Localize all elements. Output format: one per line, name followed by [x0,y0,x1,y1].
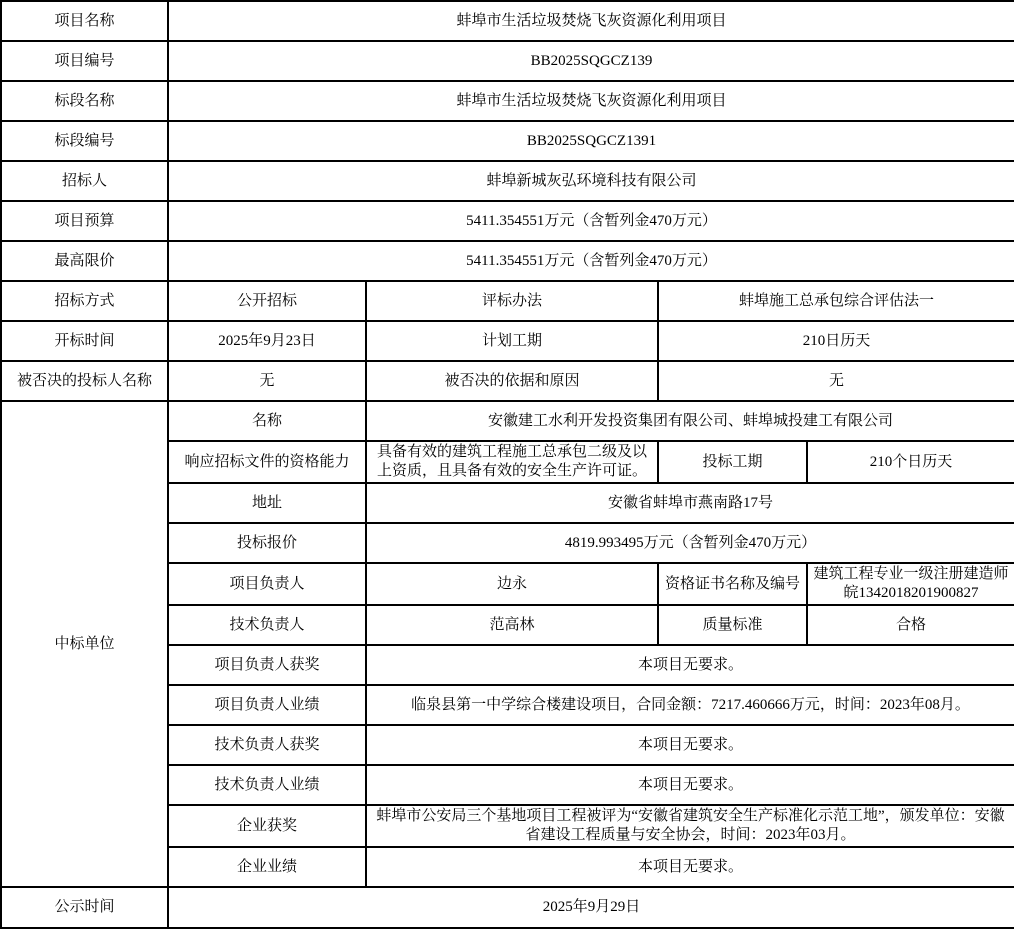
publicity-time-label: 公示时间 [1,887,168,928]
bid-duration-value: 210个日历天 [807,441,1014,483]
quality-standard-value: 合格 [807,605,1014,645]
pm-performance-label: 项目负责人业绩 [168,685,366,725]
tm-performance-value: 本项目无要求。 [366,765,1014,805]
project-name-value: 蚌埠市生活垃圾焚烧飞灰资源化利用项目 [168,1,1014,41]
pm-award-label: 项目负责人获奖 [168,645,366,685]
table-row: 项目名称 蚌埠市生活垃圾焚烧飞灰资源化利用项目 [1,1,1014,41]
project-name-label: 项目名称 [1,1,168,41]
winner-name-value: 安徽建工水利开发投资集团有限公司、蚌埠城投建工有限公司 [366,401,1014,441]
max-price-label: 最高限价 [1,241,168,281]
planned-duration-value: 210日历天 [658,321,1014,361]
winner-address-value: 安徽省蚌埠市燕南路17号 [366,483,1014,523]
winner-qualification-value: 具备有效的建筑工程施工总承包二级及以上资质，且具备有效的安全生产许可证。 [366,441,658,483]
company-performance-label: 企业业绩 [168,847,366,887]
winner-section-label: 中标单位 [1,401,168,887]
tech-manager-label: 技术负责人 [168,605,366,645]
table-row: 招标人 蚌埠新城灰弘环境科技有限公司 [1,161,1014,201]
bid-price-value: 4819.993495万元（含暂列金470万元） [366,523,1014,563]
opening-time-value: 2025年9月23日 [168,321,366,361]
evaluation-method-label: 评标办法 [366,281,658,321]
rejected-bidders-value: 无 [168,361,366,401]
table-row: 被否决的投标人名称 无 被否决的依据和原因 无 [1,361,1014,401]
bid-duration-label: 投标工期 [658,441,807,483]
rejected-bidders-label: 被否决的投标人名称 [1,361,168,401]
table-row: 项目编号 BB2025SQGCZ139 [1,41,1014,81]
table-row: 最高限价 5411.354551万元（含暂列金470万元） [1,241,1014,281]
company-award-label: 企业获奖 [168,805,366,847]
tm-performance-label: 技术负责人业绩 [168,765,366,805]
project-budget-label: 项目预算 [1,201,168,241]
table-row: 中标单位 名称 安徽建工水利开发投资集团有限公司、蚌埠城投建工有限公司 [1,401,1014,441]
table-row: 公示时间 2025年9月29日 [1,887,1014,928]
tender-method-value: 公开招标 [168,281,366,321]
tenderer-value: 蚌埠新城灰弘环境科技有限公司 [168,161,1014,201]
bid-price-label: 投标报价 [168,523,366,563]
section-number-label: 标段编号 [1,121,168,161]
project-manager-value: 边永 [366,563,658,605]
project-budget-value: 5411.354551万元（含暂列金470万元） [168,201,1014,241]
table-row: 招标方式 公开招标 评标办法 蚌埠施工总承包综合评估法一 [1,281,1014,321]
pm-award-value: 本项目无要求。 [366,645,1014,685]
planned-duration-label: 计划工期 [366,321,658,361]
pm-performance-value: 临泉县第一中学综合楼建设项目，合同金额：7217.460666万元，时间：202… [366,685,1014,725]
tender-result-table: 项目名称 蚌埠市生活垃圾焚烧飞灰资源化利用项目 项目编号 BB2025SQGCZ… [0,0,1014,929]
certificate-value: 建筑工程专业一级注册建造师皖1342018201900827 [807,563,1014,605]
tenderer-label: 招标人 [1,161,168,201]
section-name-value: 蚌埠市生活垃圾焚烧飞灰资源化利用项目 [168,81,1014,121]
company-award-value: 蚌埠市公安局三个基地项目工程被评为“安徽省建筑安全生产标准化示范工地”，颁发单位… [366,805,1014,847]
certificate-label: 资格证书名称及编号 [658,563,807,605]
table-row: 开标时间 2025年9月23日 计划工期 210日历天 [1,321,1014,361]
tm-award-value: 本项目无要求。 [366,725,1014,765]
winner-address-label: 地址 [168,483,366,523]
project-manager-label: 项目负责人 [168,563,366,605]
winner-qualification-label: 响应招标文件的资格能力 [168,441,366,483]
publicity-time-value: 2025年9月29日 [168,887,1014,928]
rejection-reason-value: 无 [658,361,1014,401]
section-name-label: 标段名称 [1,81,168,121]
tender-method-label: 招标方式 [1,281,168,321]
quality-standard-label: 质量标准 [658,605,807,645]
table-row: 项目预算 5411.354551万元（含暂列金470万元） [1,201,1014,241]
tm-award-label: 技术负责人获奖 [168,725,366,765]
tech-manager-value: 范高林 [366,605,658,645]
table-row: 标段名称 蚌埠市生活垃圾焚烧飞灰资源化利用项目 [1,81,1014,121]
project-number-value: BB2025SQGCZ139 [168,41,1014,81]
project-number-label: 项目编号 [1,41,168,81]
rejection-reason-label: 被否决的依据和原因 [366,361,658,401]
table-row: 标段编号 BB2025SQGCZ1391 [1,121,1014,161]
max-price-value: 5411.354551万元（含暂列金470万元） [168,241,1014,281]
opening-time-label: 开标时间 [1,321,168,361]
section-number-value: BB2025SQGCZ1391 [168,121,1014,161]
evaluation-method-value: 蚌埠施工总承包综合评估法一 [658,281,1014,321]
winner-name-label: 名称 [168,401,366,441]
company-performance-value: 本项目无要求。 [366,847,1014,887]
